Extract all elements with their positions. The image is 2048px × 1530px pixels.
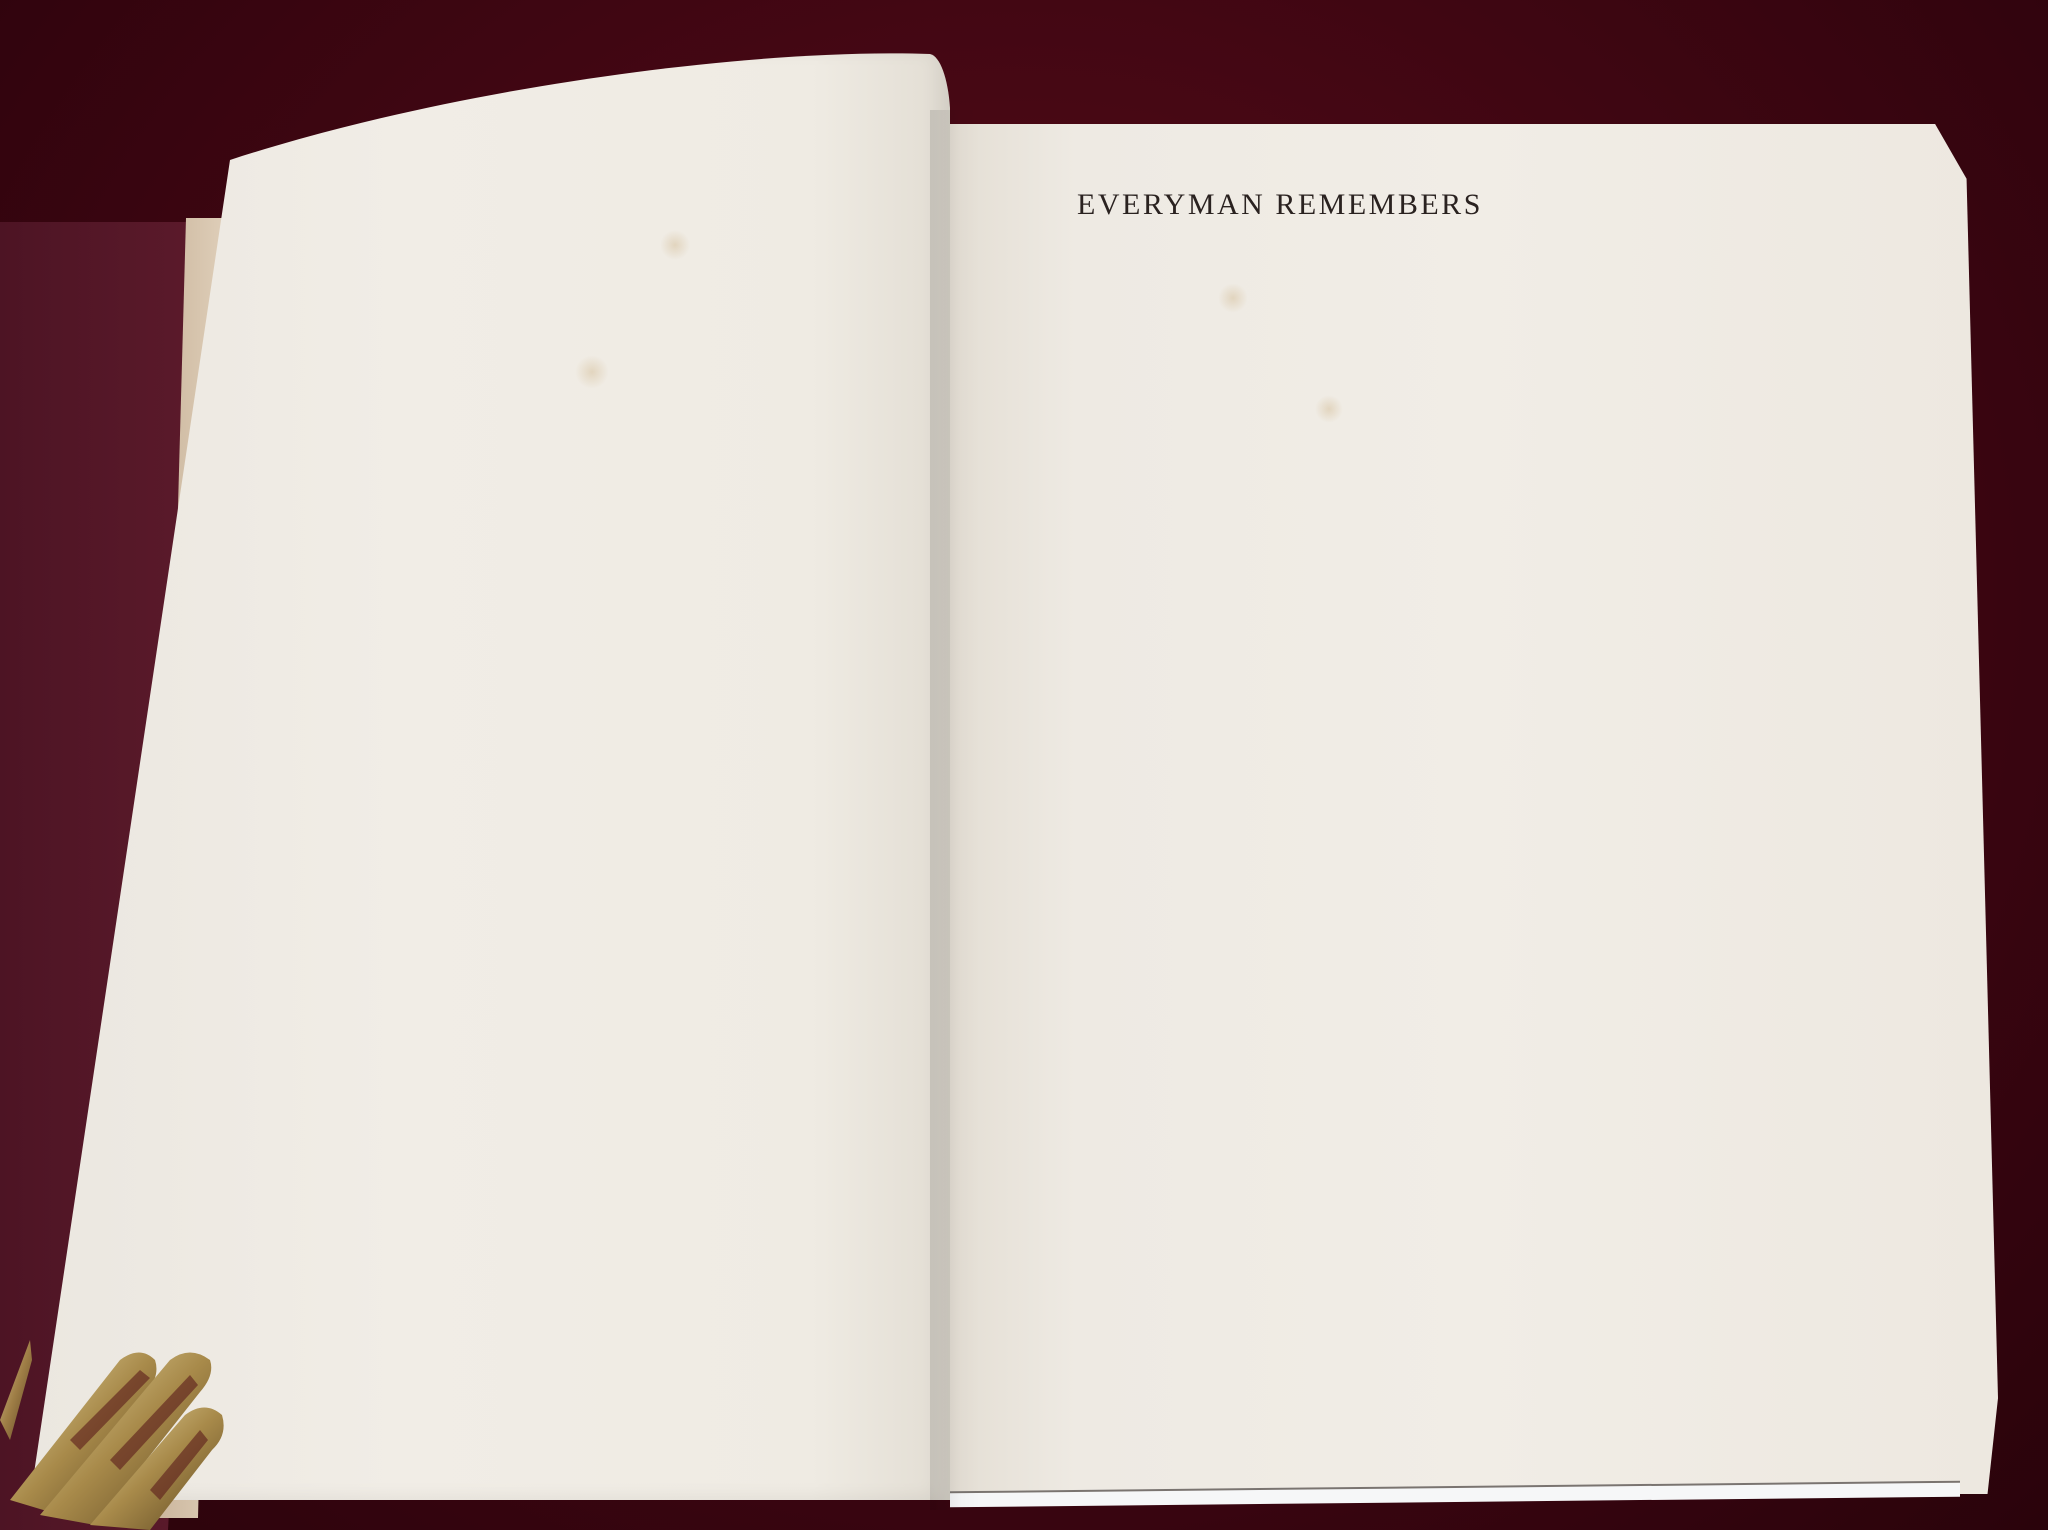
foxing-spot [575, 355, 609, 389]
foxing-spot [1218, 283, 1248, 313]
foxing-spot [1315, 395, 1343, 423]
photo-scene: EVERYMAN REMEMBERS [0, 0, 2048, 1530]
foxing-spot [660, 230, 690, 260]
brass-page-clip-icon [0, 1300, 250, 1530]
half-title-text: EVERYMAN REMEMBERS [1077, 188, 1483, 222]
right-page [950, 124, 1998, 1494]
book-gutter [930, 110, 980, 1510]
